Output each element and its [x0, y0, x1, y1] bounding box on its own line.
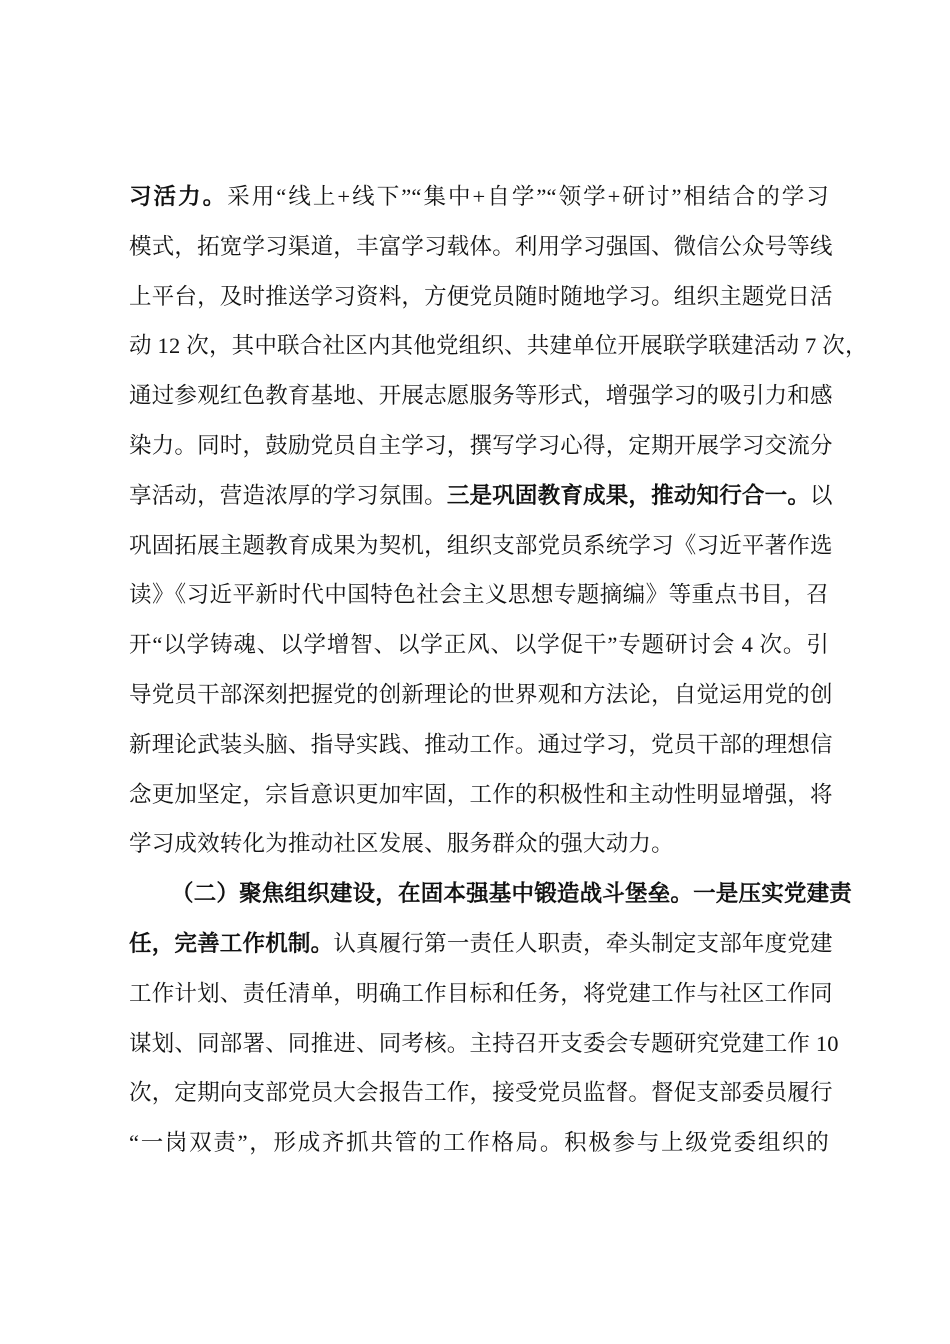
text-segment: 采用“线上+线下”“集中+自学”“领学+研讨”相结合的学习 — [227, 184, 829, 209]
text-line: 任，完善工作机制。认真履行第一责任人职责，牵头制定支部年度党建 — [129, 919, 829, 969]
paragraph-learning-continuation: 习活力。采用“线上+线下”“集中+自学”“领学+研讨”相结合的学习模式，拓宽学习… — [129, 172, 829, 869]
text-segment: 动 12 次，其中联合社区内其他党组织、共建单位开展联学联建活动 7 次， — [129, 333, 868, 358]
text-segment-bold: 任，完善工作机制。 — [129, 931, 333, 956]
text-line: 享活动，营造浓厚的学习氛围。三是巩固教育成果，推动知行合一。以 — [129, 471, 829, 521]
text-segment: 新理论武装头脑、指导实践、推动工作。通过学习，党员干部的理想信 — [129, 732, 833, 757]
text-line: 模式，拓宽学习渠道，丰富学习载体。利用学习强国、微信公众号等线 — [129, 222, 829, 272]
text-line: 导党员干部深刻把握党的创新理论的世界观和方法论，自觉运用党的创 — [129, 670, 829, 720]
text-segment: 染力。同时，鼓励党员自主学习，撰写学习心得，定期开展学习交流分 — [129, 433, 833, 458]
text-segment: 学习成效转化为推动社区发展、服务群众的强大动力。 — [129, 831, 674, 856]
text-line: （二）聚焦组织建设，在固本强基中锻造战斗堡垒。一是压实党建责 — [129, 869, 829, 919]
text-segment: 上平台，及时推送学习资料，方便党员随时随地学习。组织主题党日活 — [129, 284, 833, 309]
text-segment-bold: （二）聚焦组织建设，在固本强基中锻造战斗堡垒。一是压实党建责 — [171, 881, 852, 906]
text-line: 染力。同时，鼓励党员自主学习，撰写学习心得，定期开展学习交流分 — [129, 421, 829, 471]
text-line: 念更加坚定，宗旨意识更加牢固，工作的积极性和主动性明显增强，将 — [129, 770, 829, 820]
text-line: “一岗双责”，形成齐抓共管的工作格局。积极参与上级党委组织的 — [129, 1118, 829, 1168]
text-line: 上平台，及时推送学习资料，方便党员随时随地学习。组织主题党日活 — [129, 272, 829, 322]
text-line: 通过参观红色教育基地、开展志愿服务等形式，增强学习的吸引力和感 — [129, 371, 829, 421]
text-segment: 念更加坚定，宗旨意识更加牢固，工作的积极性和主动性明显增强，将 — [129, 782, 833, 807]
text-line: 工作计划、责任清单，明确工作目标和任务，将党建工作与社区工作同 — [129, 969, 829, 1019]
text-line: 习活力。采用“线上+线下”“集中+自学”“领学+研讨”相结合的学习 — [129, 172, 829, 222]
document-page: 习活力。采用“线上+线下”“集中+自学”“领学+研讨”相结合的学习模式，拓宽学习… — [0, 0, 950, 1344]
text-segment: “一岗双责”，形成齐抓共管的工作格局。积极参与上级党委组织的 — [129, 1130, 829, 1155]
paragraph-organization-building: （二）聚焦组织建设，在固本强基中锻造战斗堡垒。一是压实党建责任，完善工作机制。认… — [129, 869, 829, 1168]
text-line: 开“以学铸魂、以学增智、以学正风、以学促干”专题研讨会 4 次。引 — [129, 620, 829, 670]
text-line: 巩固拓展主题教育成果为契机，组织支部党员系统学习《习近平著作选 — [129, 521, 829, 571]
text-line: 新理论武装头脑、指导实践、推动工作。通过学习，党员干部的理想信 — [129, 720, 829, 770]
document-body: 习活力。采用“线上+线下”“集中+自学”“领学+研讨”相结合的学习模式，拓宽学习… — [129, 172, 829, 1168]
text-line: 动 12 次，其中联合社区内其他党组织、共建单位开展联学联建活动 7 次， — [129, 321, 829, 371]
text-segment: 享活动，营造浓厚的学习氛围。 — [129, 483, 447, 508]
text-segment: 通过参观红色教育基地、开展志愿服务等形式，增强学习的吸引力和感 — [129, 383, 833, 408]
text-segment-bold: 三是巩固教育成果，推动知行合一。 — [447, 483, 810, 508]
text-segment: 工作计划、责任清单，明确工作目标和任务，将党建工作与社区工作同 — [129, 981, 833, 1006]
text-line: 谋划、同部署、同推进、同考核。主持召开支委会专题研究党建工作 10 — [129, 1019, 829, 1069]
text-line: 次，定期向支部党员大会报告工作，接受党员监督。督促支部委员履行 — [129, 1068, 829, 1118]
text-segment: 读》《习近平新时代中国特色社会主义思想专题摘编》等重点书目，召 — [129, 582, 829, 607]
text-segment: 谋划、同部署、同推进、同考核。主持召开支委会专题研究党建工作 10 — [129, 1031, 839, 1056]
text-segment: 次，定期向支部党员大会报告工作，接受党员监督。督促支部委员履行 — [129, 1080, 833, 1105]
text-segment: 开“以学铸魂、以学增智、以学正风、以学促干”专题研讨会 4 次。引 — [129, 632, 829, 657]
text-segment: 巩固拓展主题教育成果为契机，组织支部党员系统学习《习近平著作选 — [129, 533, 833, 558]
text-line: 读》《习近平新时代中国特色社会主义思想专题摘编》等重点书目，召 — [129, 570, 829, 620]
text-segment: 导党员干部深刻把握党的创新理论的世界观和方法论，自觉运用党的创 — [129, 682, 833, 707]
text-segment: 以 — [810, 483, 833, 508]
text-line: 学习成效转化为推动社区发展、服务群众的强大动力。 — [129, 819, 829, 869]
text-segment: 模式，拓宽学习渠道，丰富学习载体。利用学习强国、微信公众号等线 — [129, 234, 833, 259]
text-segment-bold: 习活力。 — [129, 184, 227, 209]
text-segment: 认真履行第一责任人职责，牵头制定支部年度党建 — [333, 931, 832, 956]
